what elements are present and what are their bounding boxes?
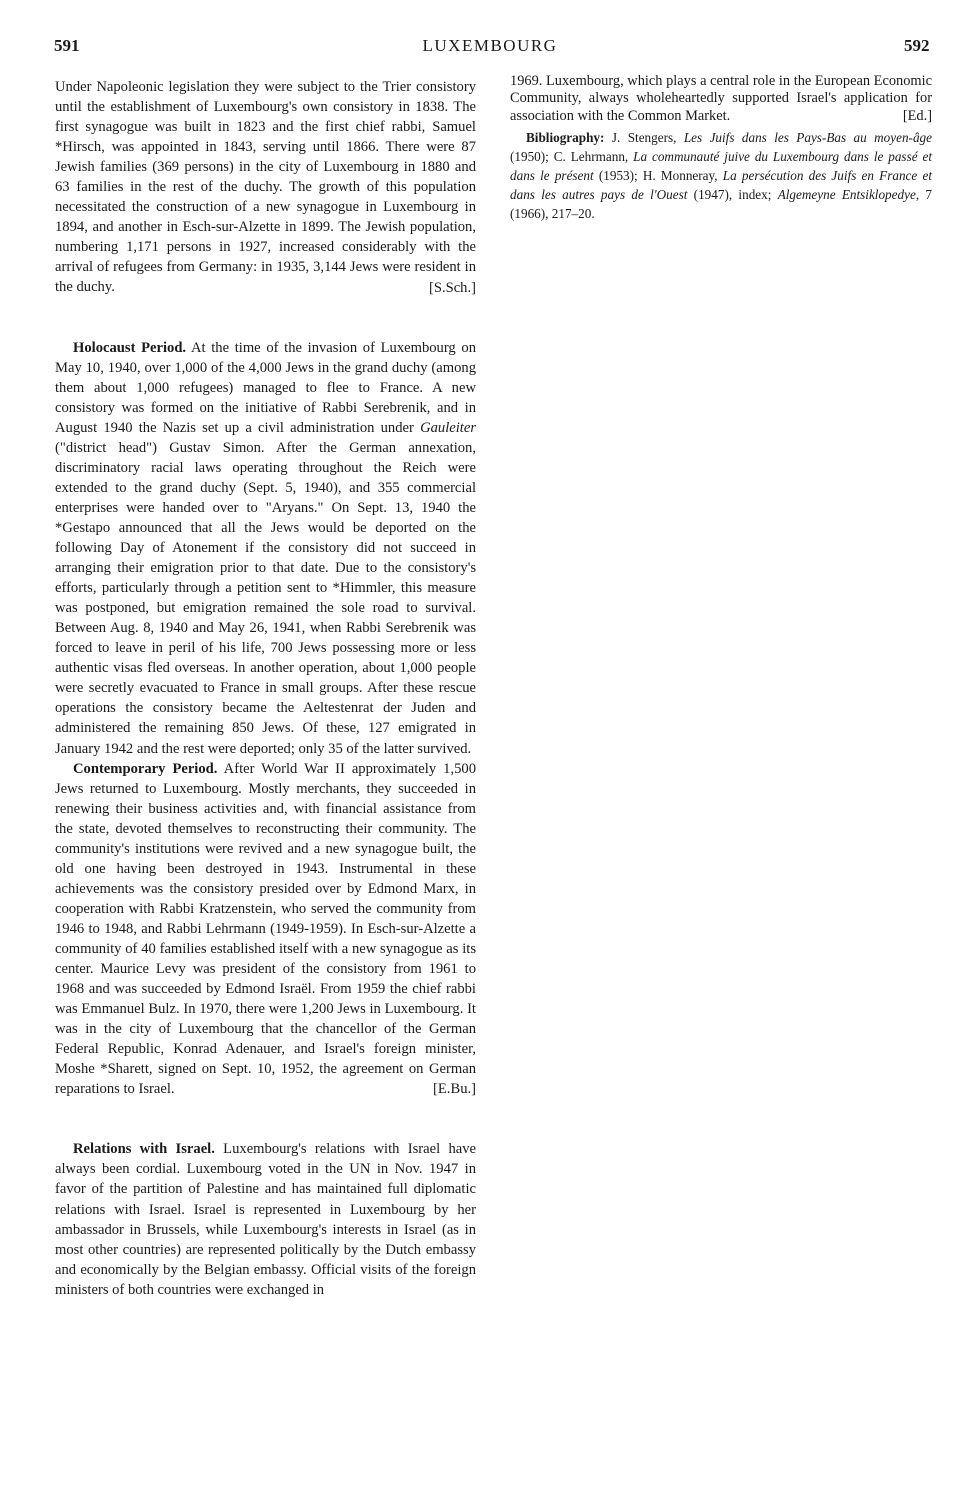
- intro-text: Under Napoleonic legislation they were s…: [55, 79, 476, 295]
- section-gap: [55, 318, 476, 338]
- bibliography-label: Bibliography:: [526, 130, 604, 145]
- section-gap: [55, 1119, 476, 1139]
- section-heading: Relations with Israel.: [73, 1141, 215, 1157]
- holocaust-text-b: ("district head") Gustav Simon. After th…: [55, 440, 476, 757]
- bib-title: Algemeyne Entsiklopedye: [778, 187, 916, 202]
- holocaust-period-paragraph: Holocaust Period. At the time of the inv…: [55, 338, 476, 759]
- bib-author: H. Monneray,: [643, 168, 723, 183]
- bib-rest: (1953);: [594, 168, 643, 183]
- author-signature: [S.Sch.]: [55, 278, 476, 298]
- relations-with-israel-paragraph: Relations with Israel. Luxembourg's rela…: [55, 1139, 476, 1299]
- right-page-number: 592: [904, 36, 930, 56]
- bib-author: J. Stengers,: [604, 130, 683, 145]
- section-gap: [55, 298, 476, 318]
- running-title: LUXEMBOURG: [0, 36, 980, 56]
- left-column: Under Napoleonic legislation they were s…: [55, 77, 476, 1300]
- section-heading: Contemporary Period.: [73, 761, 217, 777]
- section-heading: Holocaust Period.: [73, 340, 186, 356]
- bib-author: C. Lehrmann,: [554, 149, 633, 164]
- bibliography: Bibliography: J. Stengers, Les Juifs dan…: [510, 128, 932, 223]
- bib-title: Les Juifs dans les Pays-Bas au moyen-âge: [684, 130, 932, 145]
- intro-paragraph: Under Napoleonic legislation they were s…: [55, 77, 476, 298]
- relations-text: Luxembourg's relations with Israel have …: [55, 1141, 476, 1297]
- right-column: 1969. Luxembourg, which plays a central …: [510, 73, 932, 223]
- contemporary-text: After World War II approximately 1,500 J…: [55, 761, 476, 1098]
- section-gap: [55, 1099, 476, 1119]
- contemporary-period-paragraph: Contemporary Period. After World War II …: [55, 759, 476, 1100]
- bib-rest: (1947), index;: [687, 187, 777, 202]
- bib-rest: (1950);: [510, 149, 554, 164]
- italic-term: Gauleiter: [420, 420, 476, 436]
